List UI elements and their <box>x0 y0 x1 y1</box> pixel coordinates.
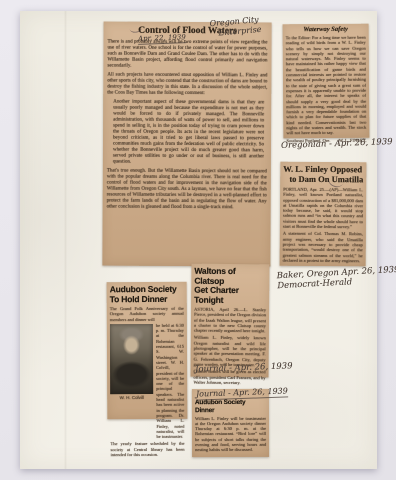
article-paragraph: ASTORIA, April 26.—L. Stanley Pierce, pr… <box>194 307 266 334</box>
scanned-scrapbook-screen: Control of Flood Waters There is and pro… <box>0 0 396 480</box>
article-paragraph: A statement of Col. Thomas M. Robins, ar… <box>283 231 363 263</box>
photo-and-text-block: W. H. Colvill be held at 6:30 p. m. Thur… <box>110 323 185 440</box>
handwritten-journal-annotation: Journal - Apr. 26, 1939 <box>196 386 288 400</box>
headline-line: Get Charter Tonight <box>194 286 266 306</box>
article-paragraph: All such projects have encountered stout… <box>107 73 267 98</box>
letter-body: To the Editor: For a long time we have b… <box>286 35 367 136</box>
handwritten-date-annotation: Apr. 22, 1939 <box>138 32 186 45</box>
scrapbook-page: Control of Flood Waters There is and pro… <box>20 11 377 469</box>
headline-line: to Dam On Umatilla <box>283 174 363 184</box>
article-footer: The yearly feature scheduled by the soci… <box>110 441 184 457</box>
clipping-audubon-society-dinner: Audubon Society To Hold Dinner The Grand… <box>107 282 188 419</box>
photo-caption: W. H. Colvill <box>110 395 153 401</box>
photo-column: W. H. Colvill <box>110 324 153 401</box>
article-intro: The Grand Folk Anniversary of the Oregon… <box>110 306 184 322</box>
handwritten-baker-annotation: Baker, Oregon Apr. 26, 1939 Democrat-Her… <box>277 265 396 291</box>
page-crease <box>64 11 67 469</box>
clipping-finley-opposed-dam: W. L. Finley Opposed to Dam On Umatilla … <box>280 162 367 267</box>
handwritten-journal-annotation: Journal - Apr. 26, 1939 <box>195 361 293 374</box>
headline-line: To Hold Dinner <box>110 294 184 304</box>
clipping-control-of-flood-waters: Control of Flood Waters There is and pro… <box>102 22 271 267</box>
clipping-waltons-charter: Waltons of Clatsop Get Charter Tonight A… <box>191 264 270 378</box>
portrait-photo <box>110 324 153 394</box>
headline: Audubon Society Dinner <box>195 399 266 414</box>
article-paragraph: That's true enough. But the Willamette B… <box>107 169 267 212</box>
article-paragraph: be held at 6:30 p. m. Thursday at the Bo… <box>156 323 185 440</box>
article-paragraph: There is and probably always will be two… <box>107 40 267 71</box>
article-paragraph: PORTLAND, Apr. 25.—(AP)—William L. Finle… <box>283 187 363 230</box>
headline-line: Waltons of Clatsop <box>194 267 266 287</box>
article-paragraph: William L. Finley will be toastmaster at… <box>195 415 266 452</box>
clipping-waterway-safety-letter: Waterway Safety To the Editor: For a lon… <box>283 24 370 139</box>
article-quote-paragraph: Another important aspect of these govern… <box>107 100 267 167</box>
letter-heading: Waterway Safety <box>286 26 366 34</box>
